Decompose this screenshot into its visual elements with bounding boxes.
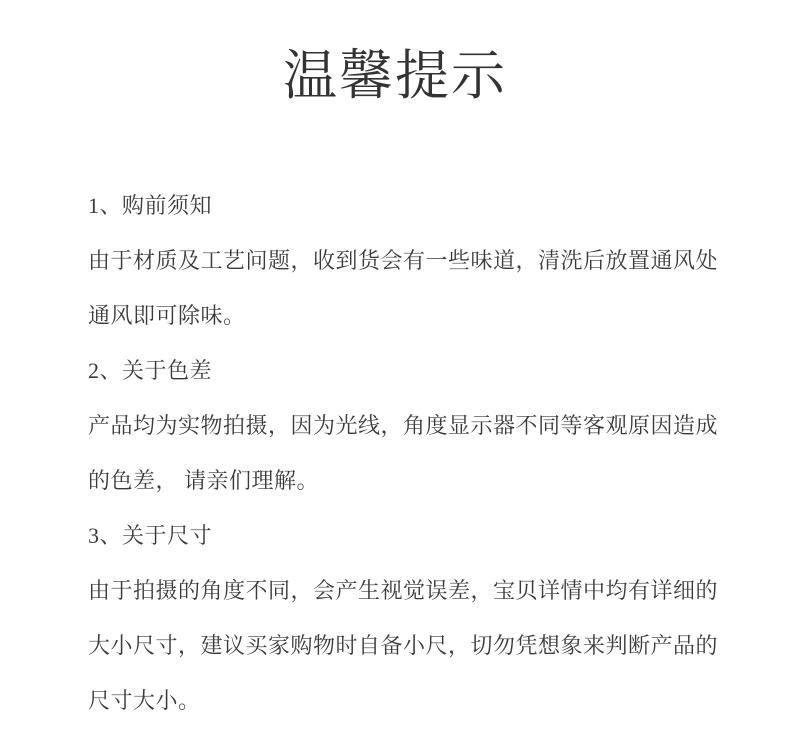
section-2-line-1: 产品均为实物拍摄，因为光线，角度显示器不同等客观原因造成: [88, 398, 750, 453]
section-2-heading: 2、关于色差: [88, 343, 750, 398]
notice-title: 温馨提示: [0, 0, 790, 108]
section-1-line-2: 通风即可除味。: [88, 288, 750, 343]
notice-body: 1、购前须知 由于材质及工艺问题，收到货会有一些味道，清洗后放置通风处 通风即可…: [0, 178, 790, 728]
section-3-line-3: 尺寸大小。: [88, 673, 750, 728]
section-3-line-2: 大小尺寸，建议买家购物时自备小尺，切勿凭想象来判断产品的: [88, 618, 750, 673]
section-3-line-1: 由于拍摄的角度不同，会产生视觉误差，宝贝详情中均有详细的: [88, 563, 750, 618]
section-3-heading: 3、关于尺寸: [88, 508, 750, 563]
notice-page: 温馨提示 1、购前须知 由于材质及工艺问题，收到货会有一些味道，清洗后放置通风处…: [0, 0, 790, 752]
section-1-heading: 1、购前须知: [88, 178, 750, 233]
section-1-line-1: 由于材质及工艺问题，收到货会有一些味道，清洗后放置通风处: [88, 233, 750, 288]
section-2-line-2: 的色差， 请亲们理解。: [88, 453, 750, 508]
